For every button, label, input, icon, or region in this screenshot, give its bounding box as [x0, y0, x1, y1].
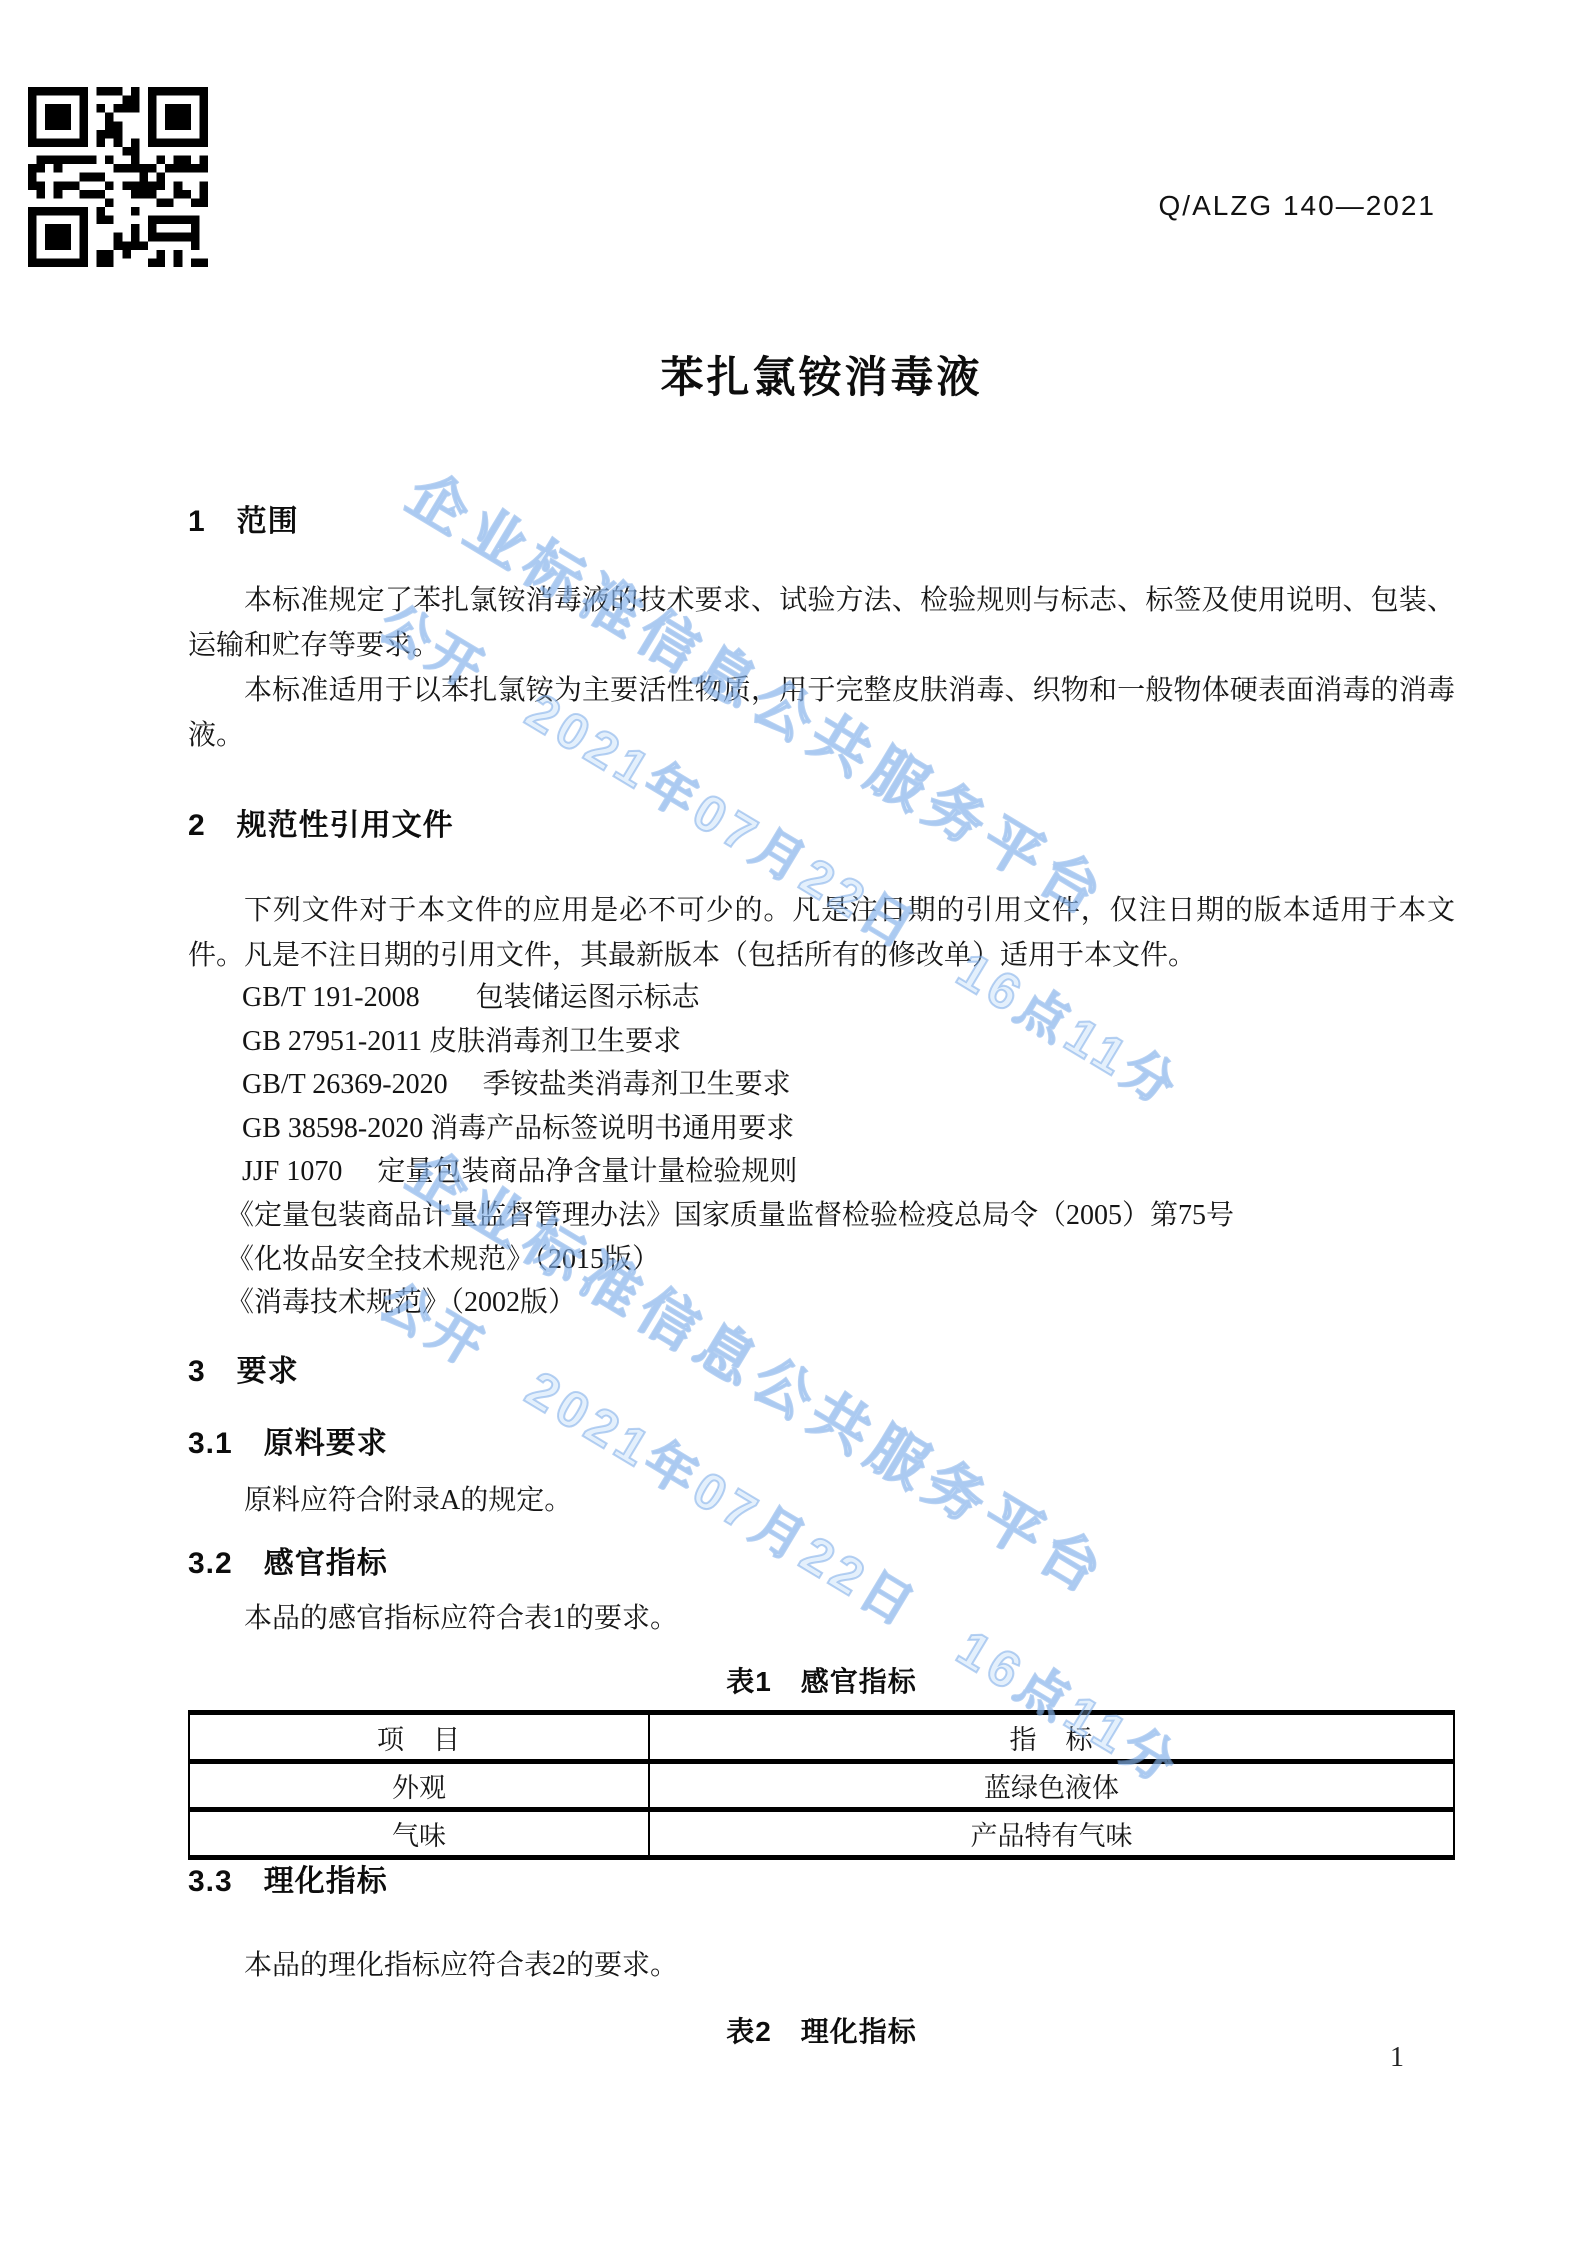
table1-caption: 表1 感官指标	[188, 1660, 1455, 1700]
table1-cell: 外观	[189, 1762, 649, 1810]
table1-cell: 产品特有气味	[649, 1810, 1454, 1858]
sensory-index-table: 项 目指 标 外观蓝绿色液体气味产品特有气味	[188, 1710, 1455, 1860]
page-title: 苯扎氯铵消毒液	[188, 344, 1455, 405]
qr-code	[28, 87, 208, 267]
table1-head: 项 目指 标	[189, 1713, 1454, 1762]
heading-raw-material: 3.1 原料要求	[188, 1418, 1455, 1462]
table1-cell: 蓝绿色液体	[649, 1762, 1454, 1810]
page-number: 1	[1390, 2042, 1404, 2074]
scope-paragraph-2: 本标准适用于以苯扎氯铵为主要活性物质，用于完整皮肤消毒、织物和一般物体硬表面消毒…	[188, 668, 1455, 758]
table1-body: 外观蓝绿色液体气味产品特有气味	[189, 1762, 1454, 1858]
physchem-index-paragraph: 本品的理化指标应符合表2的要求。	[188, 1943, 1455, 1988]
reference-item: GB 27951-2011 皮肤消毒剂卫生要求	[188, 1020, 1455, 1064]
heading-scope: 1 范围	[188, 496, 1455, 540]
raw-material-paragraph: 原料应符合附录A的规定。	[188, 1478, 1455, 1523]
reference-item: 《定量包装商品计量监督管理办法》国家质量监督检验检疫总局令（2005）第75号	[188, 1194, 1455, 1238]
table1-row: 外观蓝绿色液体	[189, 1762, 1454, 1810]
reference-item: GB 38598-2020 消毒产品标签说明书通用要求	[188, 1107, 1455, 1151]
heading-requirements: 3 要求	[188, 1346, 1455, 1390]
table1-header-cell: 项 目	[189, 1713, 649, 1762]
references-list: GB/T 191-2008 包装储运图示标志GB 27951-2011 皮肤消毒…	[188, 976, 1455, 1325]
reference-item: GB/T 26369-2020 季铵盐类消毒剂卫生要求	[188, 1063, 1455, 1107]
reference-item: JJF 1070 定量包装商品净含量计量检验规则	[188, 1150, 1455, 1194]
qr-code-image	[28, 87, 208, 267]
reference-item: 《化妆品安全技术规范》（2015版）	[188, 1238, 1455, 1282]
table1-cell: 气味	[189, 1810, 649, 1858]
references-intro-paragraph: 下列文件对于本文件的应用是必不可少的。凡是注日期的引用文件，仅注日期的版本适用于…	[188, 888, 1455, 978]
heading-sensory-index: 3.2 感官指标	[188, 1538, 1455, 1582]
heading-physchem-index: 3.3 理化指标	[188, 1856, 1455, 1900]
document-code: Q/ALZG 140—2021	[1159, 190, 1436, 222]
table1-header-cell: 指 标	[649, 1713, 1454, 1762]
table2-caption: 表2 理化指标	[188, 2010, 1455, 2050]
reference-item: GB/T 191-2008 包装储运图示标志	[188, 976, 1455, 1020]
sensory-index-paragraph: 本品的感官指标应符合表1的要求。	[188, 1596, 1455, 1641]
scope-paragraph-1: 本标准规定了苯扎氯铵消毒液的技术要求、试验方法、检验规则与标志、标签及使用说明、…	[188, 578, 1455, 668]
document-page: Q/ALZG 140—2021 企业标准信息公共服务平台 公开 2021年07月…	[0, 0, 1588, 2245]
table1-row: 气味产品特有气味	[189, 1810, 1454, 1858]
reference-item: 《消毒技术规范》（2002版）	[188, 1281, 1455, 1325]
heading-normative-references: 2 规范性引用文件	[188, 800, 1455, 844]
